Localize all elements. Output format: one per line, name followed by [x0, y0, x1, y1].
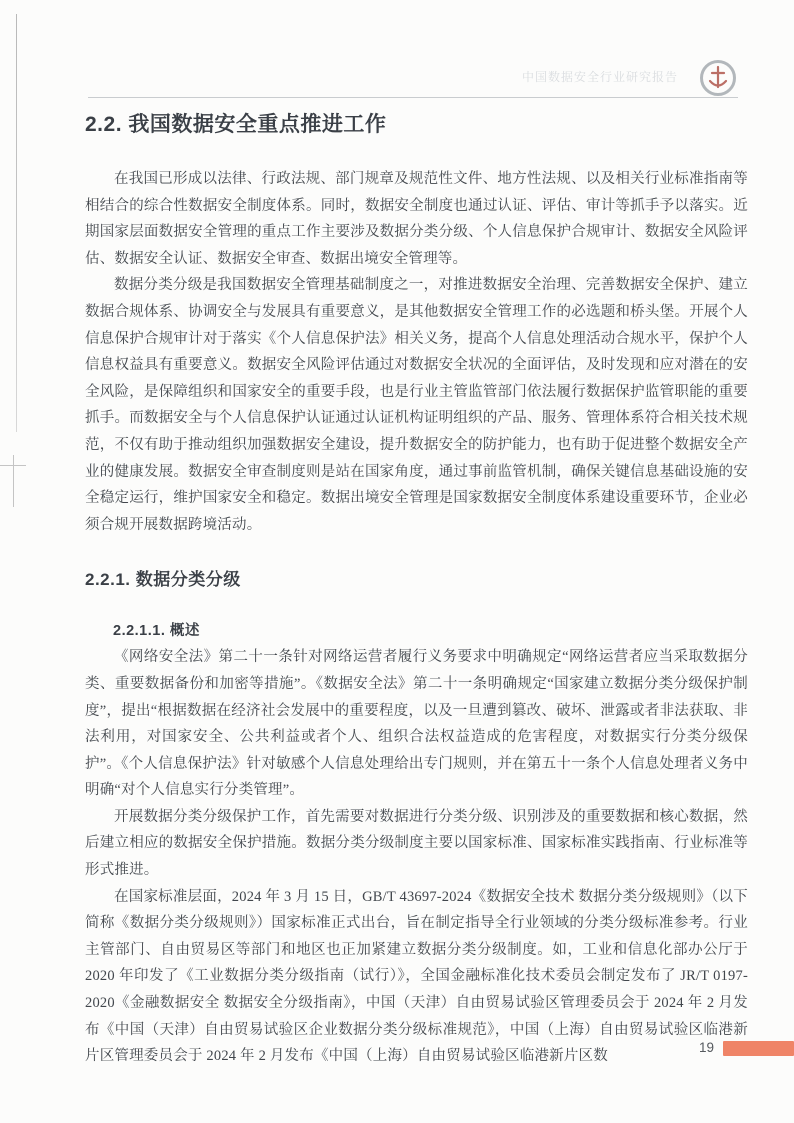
- paragraph: 在我国已形成以法律、行政法规、部门规章及规范性文件、地方性法规、以及相关行业标准…: [85, 166, 748, 272]
- document-page: 中国数据安全行业研究报告 2.2. 我国数据安全重点推进工作 在我国已形成以法律…: [0, 0, 794, 1123]
- page-number: 19: [699, 1040, 714, 1055]
- paragraph: 《网络安全法》第二十一条针对网络运营者履行义务要求中明确规定“网络运营者应当采取…: [85, 644, 748, 804]
- page-content: 2.2. 我国数据安全重点推进工作 在我国已形成以法律、行政法规、部门规章及规范…: [85, 97, 748, 1070]
- paragraph: 在国家标准层面，2024 年 3 月 15 日，GB/T 43697-2024《…: [85, 884, 748, 1070]
- page-header: 中国数据安全行业研究报告: [88, 0, 738, 98]
- crop-mark-horizontal: [0, 465, 26, 466]
- paragraph: 数据分类分级是我国数据安全管理基础制度之一，对推进数据安全治理、完善数据安全保护…: [85, 272, 748, 538]
- scan-edge-line: [16, 14, 17, 432]
- subsubsection-heading: 2.2.1.1. 概述: [113, 621, 748, 641]
- subsection-heading: 2.2.1. 数据分类分级: [85, 568, 748, 592]
- emblem-logo-icon: [698, 58, 738, 98]
- crop-mark: [0, 455, 28, 510]
- crop-mark-vertical: [13, 455, 14, 507]
- section-heading: 2.2. 我国数据安全重点推进工作: [85, 110, 748, 140]
- running-header-title: 中国数据安全行业研究报告: [522, 68, 678, 85]
- footer-accent-bar: [723, 1041, 794, 1056]
- intro-paragraphs: 在我国已形成以法律、行政法规、部门规章及规范性文件、地方性法规、以及相关行业标准…: [85, 166, 748, 538]
- paragraph: 开展数据分类分级保护工作，首先需要对数据进行分类分级、识别涉及的重要数据和核心数…: [85, 804, 748, 884]
